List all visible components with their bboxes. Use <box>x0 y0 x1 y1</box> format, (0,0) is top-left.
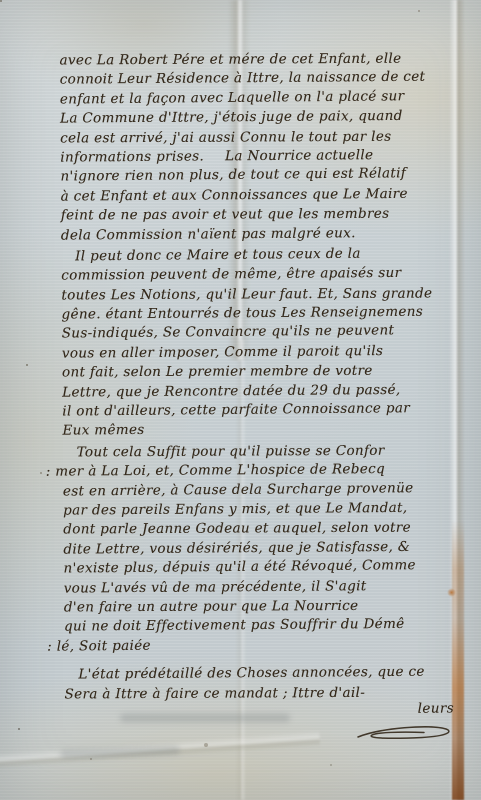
manuscript-line: toutes Les Notions, qu'il Leur faut. Et,… <box>61 284 463 305</box>
manuscript-line: L'état prédétaillé des Choses annoncées,… <box>64 663 466 686</box>
manuscript-line: vous en aller imposer, Comme il paroit q… <box>62 341 464 364</box>
manuscript-line: vous L'avés vû de ma précédente, il S'ag… <box>64 576 466 599</box>
manuscript-line: Il peut donc ce Maire et tous ceux de la <box>61 244 463 267</box>
catchword-text: leurs <box>418 700 455 716</box>
manuscript-line: par des pareils Enfans y mis, et que Le … <box>63 498 465 521</box>
manuscript-line: dont parle Jeanne Godeau et auquel, selo… <box>63 519 465 540</box>
manuscript-line: il ont d'ailleurs, cette parfaite Connoi… <box>62 399 464 422</box>
handwritten-text: avec La Robert Pére et mére de cet Enfan… <box>59 48 466 704</box>
foxing-specks <box>0 0 2 2</box>
manuscript-line: Eux mêmes <box>62 419 464 442</box>
manuscript-line: cela est arrivé, j'ai aussi Connu le tou… <box>60 127 462 148</box>
manuscript-photo: avec La Robert Pére et mére de cet Enfan… <box>0 0 481 800</box>
manuscript-line: dela Commission n'aïent pas malgré eux. <box>61 223 463 246</box>
manuscript-line: feint de ne pas avoir et veut que les me… <box>61 204 463 225</box>
catchword: leurs <box>62 700 454 719</box>
manuscript-line: est en arrière, à Cause dela Surcharge p… <box>63 478 465 501</box>
pen-flourish-icon <box>352 722 456 746</box>
manuscript-line: : lé, Soit paiée <box>47 633 466 656</box>
manuscript-line: commission peuvent de même, être apaisés… <box>61 264 463 287</box>
manuscript-line: d'en faire un autre pour que La Nourrice <box>64 596 466 617</box>
manuscript-line: n'existe plus, dépuis qu'il a été Révoqu… <box>63 556 465 579</box>
manuscript-line: Tout cela Suffit pour qu'il puisse se Co… <box>63 441 465 462</box>
manuscript-line: avec La Robert Pére et mére de cet Enfan… <box>59 49 461 70</box>
manuscript-line: enfant et la façon avec Laquelle on l'a … <box>60 86 462 109</box>
manuscript-line: ont fait, selon Le premier membre de vot… <box>62 362 464 383</box>
manuscript-line: à cet Enfant et aux Connoissances que Le… <box>61 184 463 207</box>
manuscript-line: La Commune d'Ittre, j'étois juge de paix… <box>60 107 462 130</box>
